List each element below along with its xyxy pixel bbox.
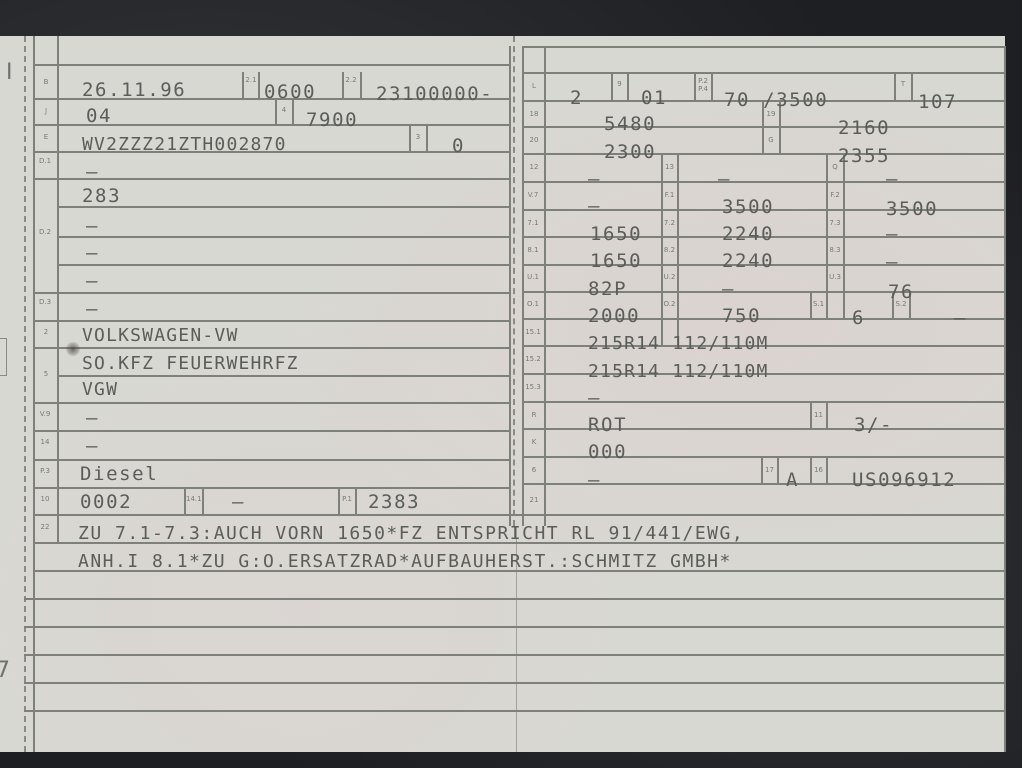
field-9-drive-axles: 01 [641, 88, 667, 108]
field-label-D2: D.2 [35, 228, 55, 236]
field-6-value: – [588, 470, 601, 490]
field-11-value: 3/- [854, 415, 893, 435]
field-15-1-tire-size: 215R14 112/110M [588, 334, 769, 354]
field-label-U1: U.1 [524, 273, 542, 281]
registration-document: I 7 B 2.1 2.2 J 4 E 3 D.1 D.2 D.3 2 [0, 36, 1005, 752]
ink-smudge [66, 341, 80, 357]
field-label-K: K [526, 438, 542, 446]
field-label-14: 14 [35, 438, 55, 446]
field-label-2-2: 2.2 [344, 76, 358, 84]
field-12-value: – [588, 169, 601, 189]
field-label-U3: U.3 [828, 273, 842, 281]
field-8-1-axle-load: 1650 [590, 251, 642, 271]
divider [677, 153, 679, 345]
field-7-2-axle-load: 2240 [722, 224, 774, 244]
label-column-divider-right [544, 46, 546, 526]
divider [355, 487, 357, 514]
field-label-2-1: 2.1 [244, 76, 258, 84]
field-S2-standing: – [954, 308, 967, 328]
field-label-10: 10 [35, 495, 55, 503]
field-label-O2: O.2 [663, 300, 676, 308]
field-label-13: 13 [663, 163, 676, 171]
rule [24, 682, 1004, 684]
field-label-18: 18 [526, 110, 542, 118]
rule [33, 320, 509, 322]
divider [426, 124, 428, 151]
field-label-G: G [764, 136, 778, 144]
field-14-emission-directive: – [86, 436, 99, 456]
field-R-color: ROT [588, 415, 627, 435]
field-S1-seats: 6 [852, 308, 865, 328]
rule [33, 514, 1004, 516]
rule [24, 710, 1004, 712]
divider [57, 514, 59, 542]
field-label-8-1: 8.1 [524, 246, 542, 254]
field-label-7-3: 7.3 [828, 219, 842, 227]
field-label-T: T [896, 80, 910, 88]
field-15-3-tire-size: – [588, 388, 601, 408]
field-5-vehicle-type: SO.KFZ FEUERWEHRFZ [82, 354, 299, 374]
field-10-emission-code: 0002 [80, 492, 132, 512]
rule [24, 654, 1004, 656]
rule [57, 236, 509, 238]
field-K-type-approval: 000 [588, 442, 627, 462]
field-label-7-1: 7.1 [524, 219, 542, 227]
field-F2-permitted-weight: 3500 [886, 199, 938, 219]
field-D1-second-line: 283 [82, 186, 121, 206]
rule [33, 178, 509, 180]
field-U1-noise: 82P [588, 279, 627, 299]
field-label-21: 21 [526, 496, 542, 504]
margin-mark-top: I [6, 60, 13, 85]
field-label-5: 5 [37, 370, 55, 378]
rule [57, 264, 509, 266]
frame-left [33, 36, 35, 752]
divider [826, 456, 828, 483]
field-E-vin: WV2ZZZ21ZTH002870 [82, 135, 287, 155]
field-16-document-number: US096912 [852, 470, 956, 490]
divider [360, 72, 362, 98]
field-P3-fuel-type: Diesel [80, 464, 158, 484]
rule [33, 292, 509, 294]
field-D1-make: – [86, 162, 99, 182]
divider [826, 401, 828, 428]
field-label-F2: F.2 [828, 191, 842, 199]
frame-left-col-right [509, 46, 511, 526]
field-label-15-3: 15.3 [524, 383, 542, 391]
field-label-8-2: 8.2 [663, 246, 676, 254]
field-D2-type-line1: – [86, 216, 99, 236]
field-8-2-axle-load: 2240 [722, 251, 774, 271]
field-19-width: 2160 [838, 118, 890, 138]
field-7-3-axle-load: – [886, 224, 899, 244]
remarks-line-2: ANH.I 8.1*ZU G:O.ERSATZRAD*AUFBAUHERST.:… [78, 552, 732, 572]
rule [33, 459, 509, 461]
field-label-V7: V.7 [524, 191, 542, 199]
divider [711, 72, 713, 100]
field-O1-trailer-braked: 2000 [588, 306, 640, 326]
field-label-11: 11 [812, 411, 825, 419]
field-label-6: 6 [526, 466, 542, 474]
field-label-F1: F.1 [663, 191, 676, 199]
divider [843, 153, 845, 318]
field-J-vehicle-class: 04 [86, 106, 112, 126]
rule [522, 72, 1004, 74]
field-label-15-1: 15.1 [524, 328, 542, 336]
field-label-D1: D.1 [35, 157, 55, 165]
field-2-2-type-code: 23100000- [376, 84, 493, 104]
divider [258, 72, 260, 98]
field-3-check-digit: 0 [452, 136, 465, 156]
field-label-E: E [37, 133, 55, 141]
field-label-17: 17 [763, 466, 776, 474]
field-label-S1: S.1 [812, 300, 825, 308]
rule [33, 402, 509, 404]
field-label-20: 20 [526, 136, 542, 144]
frame-right-col-left [522, 46, 524, 526]
field-20-height: 2300 [604, 142, 656, 162]
field-O2-trailer-unbraked: 750 [722, 306, 761, 326]
field-label-16: 16 [812, 466, 825, 474]
field-4-body-type: 7900 [306, 110, 358, 130]
rule [33, 347, 509, 349]
field-Q-value: – [886, 169, 899, 189]
field-label-7-2: 7.2 [663, 219, 676, 227]
field-2-manufacturer: VOLKSWAGEN-VW [82, 326, 238, 346]
field-D2-type-line2: – [86, 243, 99, 263]
field-label-P2-P4: P.2 P.4 [696, 77, 710, 93]
perforation-line-left [24, 36, 27, 752]
field-label-12: 12 [526, 163, 542, 171]
field-label-U2: U.2 [663, 273, 676, 281]
field-label-15-2: 15.2 [524, 355, 542, 363]
field-15-2-tire-size: 215R14 112/110M [588, 362, 769, 382]
field-label-L: L [526, 82, 542, 90]
divider [777, 456, 779, 483]
rule [33, 64, 509, 66]
field-P1-displacement: 2383 [368, 492, 420, 512]
field-5-body-code: VGW [82, 380, 118, 400]
field-label-O1: O.1 [524, 300, 542, 308]
stub-box [0, 338, 7, 376]
field-V9-emission-class: – [86, 408, 99, 428]
field-T-top-speed: 107 [918, 92, 957, 112]
field-U2-rpm: – [722, 279, 735, 299]
field-label-R: R [526, 411, 542, 419]
field-label-B: B [37, 78, 55, 86]
field-label-9: 9 [613, 80, 626, 88]
field-label-V9: V.9 [35, 410, 55, 418]
field-V7-co2: – [588, 196, 601, 216]
field-L-axles: 2 [570, 88, 583, 108]
field-label-2: 2 [37, 328, 55, 336]
field-8-3-axle-load: – [886, 252, 899, 272]
field-label-22: 22 [35, 523, 55, 531]
field-label-P3: P.3 [35, 467, 55, 475]
field-P2-P4-power-rpm: 70 /3500 [724, 90, 828, 110]
field-G-empty-weight: 2355 [838, 146, 890, 166]
remarks-line-1: ZU 7.1-7.3:AUCH VORN 1650*FZ ENTSPRICHT … [78, 524, 744, 544]
field-2-1-manufacturer-code: 0600 [264, 82, 316, 102]
frame-right [1004, 46, 1006, 752]
rule [57, 206, 509, 208]
rule [24, 626, 1004, 628]
divider [911, 72, 913, 100]
field-13-value: – [718, 169, 731, 189]
field-label-P1: P.1 [340, 495, 354, 503]
field-U3-drive-noise: 76 [888, 282, 914, 302]
field-7-1-axle-load: 1650 [590, 224, 642, 244]
rule [24, 598, 1004, 600]
field-17-value: A [786, 470, 799, 490]
field-label-J: J [37, 107, 55, 115]
divider [826, 291, 828, 318]
field-F1-max-weight: 3500 [722, 197, 774, 217]
field-B-first-registration-date: 26.11.96 [82, 80, 186, 100]
perforation-line-center [513, 36, 516, 526]
rule [522, 153, 1004, 155]
field-14-1-value: – [232, 492, 245, 512]
field-18-length: 5480 [604, 114, 656, 134]
rule [33, 487, 509, 489]
divider [202, 487, 204, 514]
margin-mark-bottom: 7 [0, 658, 10, 683]
rule [33, 430, 509, 432]
field-D3-commercial-name: – [86, 299, 99, 319]
rule [57, 375, 509, 377]
field-D2-type-line3: – [86, 271, 99, 291]
rule [522, 46, 1004, 48]
field-label-8-3: 8.3 [828, 246, 842, 254]
field-label-19: 19 [764, 110, 778, 118]
field-label-14-1: 14.1 [186, 495, 200, 503]
divider [627, 72, 629, 100]
field-label-D3: D.3 [35, 298, 55, 306]
field-label-3: 3 [411, 133, 425, 141]
field-label-4: 4 [277, 106, 291, 114]
